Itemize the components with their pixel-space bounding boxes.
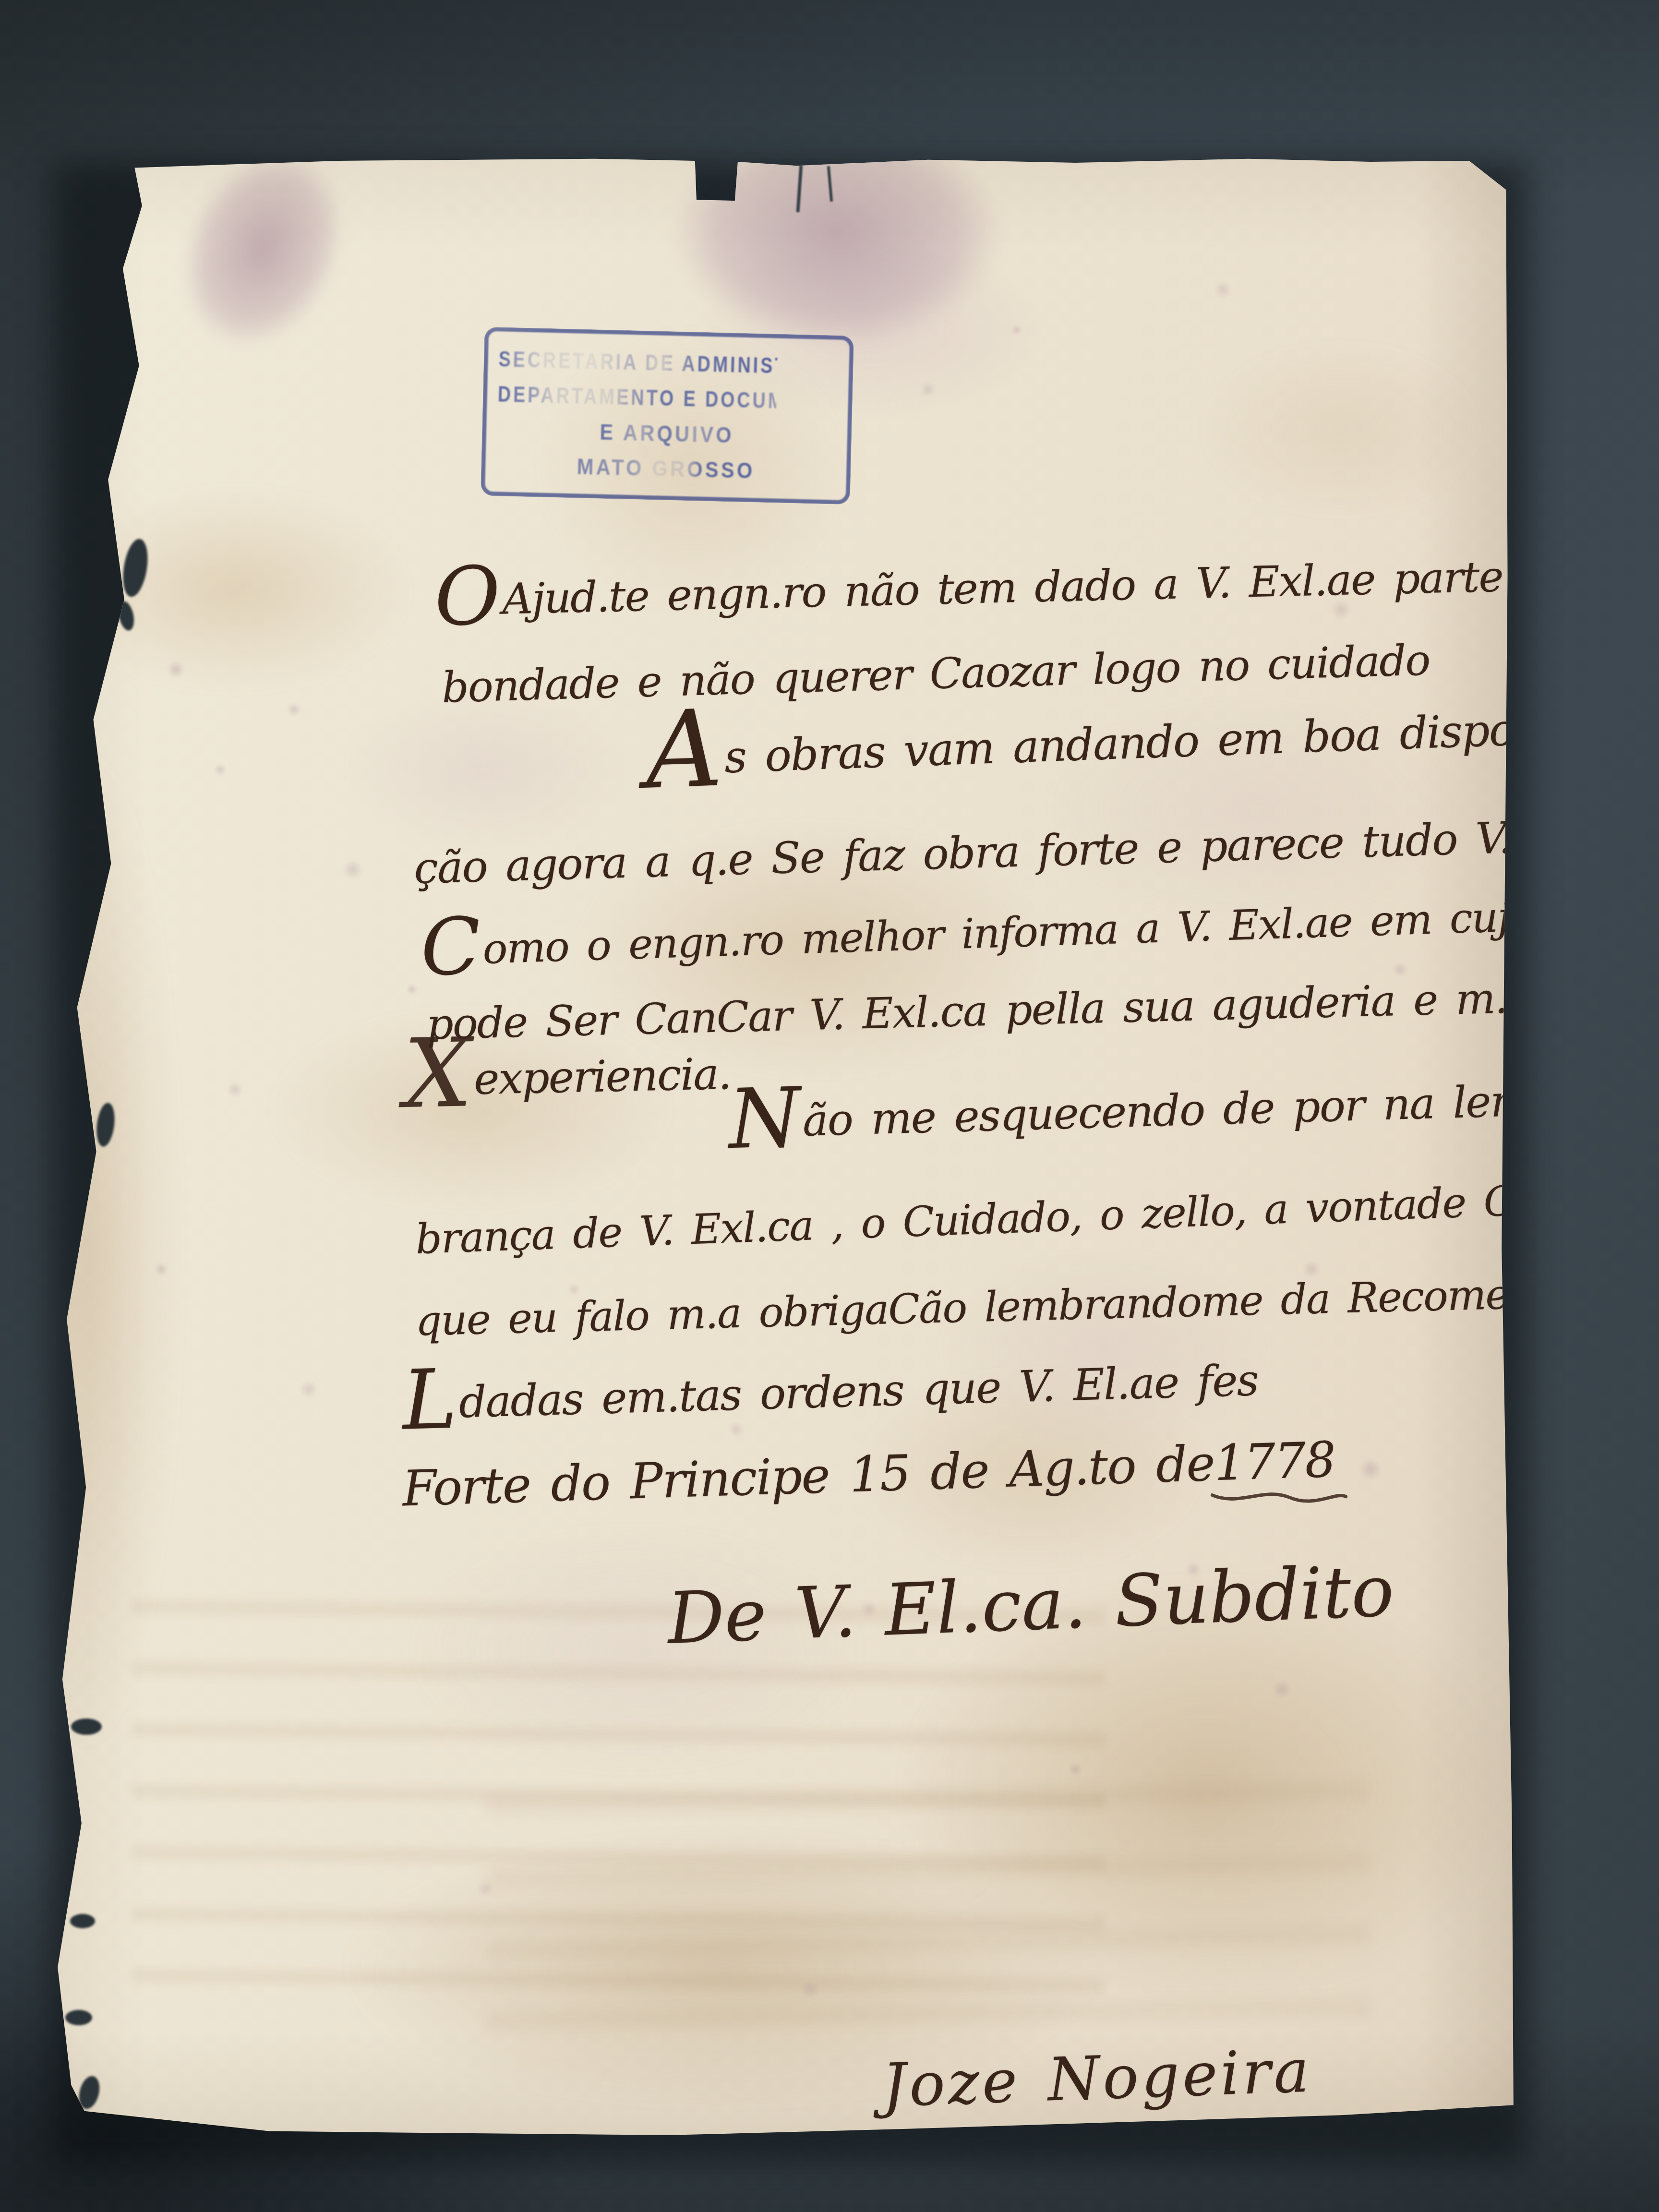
- underline-flourish: [1209, 1483, 1349, 1509]
- valediction: De V. El.ca. Subdito: [666, 1550, 1395, 1660]
- stamp-line-2: DEPARTAMENTO E DOCUMENTAÇÃO: [497, 381, 777, 414]
- flourish-mark: X: [403, 1017, 472, 1130]
- manuscript-line: bondade e não querer Caozar logo no cuid…: [441, 635, 1431, 712]
- photograph-of-manuscript: { "scene": { "description": "Photograph …: [0, 0, 1659, 2212]
- initial-capital: C: [419, 900, 481, 994]
- ink-show-through: [132, 1589, 1105, 2029]
- torn-edge-hole: [65, 2010, 92, 2025]
- stamp-line-3: E ARQUIVO: [600, 419, 734, 448]
- ink-show-through: [486, 1749, 1370, 2069]
- torn-edge-hole: [71, 1719, 102, 1735]
- line-text: experiencia.: [473, 1049, 731, 1105]
- stamp-line-4: MATO GROSSO: [577, 454, 755, 484]
- manuscript-line: Xexperiencia.: [404, 1049, 731, 1106]
- initial-capital: O: [433, 550, 500, 644]
- manuscript-line: pode Ser CanCar V. Exl.ca pella sua agud…: [426, 972, 1548, 1049]
- initial-capital: N: [727, 1070, 801, 1167]
- torn-edge-hole: [120, 537, 151, 599]
- torn-edge-hole: [70, 1914, 95, 1928]
- archive-ink-stamp: SECRETARIA DE ADMINISTRAÇÃO DEPARTAMENTO…: [481, 327, 854, 505]
- manuscript-line: OAjud.te engn.ro não tem dado a V. Exl.a…: [434, 544, 1659, 625]
- manuscript-line: As obras vam andando em boa dispozi: [645, 703, 1551, 786]
- initial-capital: L: [401, 1351, 457, 1448]
- dateline-text: Forte do Principe 15 de Ag.to de: [402, 1435, 1215, 1517]
- signature: Joze Nogeira: [881, 2036, 1313, 2120]
- paper-crack: [827, 166, 833, 202]
- line-text: dadas em.tas ordens que V. El.ae fes: [458, 1355, 1259, 1428]
- manuscript-line: brança de V. Exl.ca , o Cuidado, o zello…: [415, 1175, 1577, 1263]
- manuscript-line: ção agora a q.e Se faz obra forte e pare…: [413, 812, 1553, 894]
- manuscript-line: Ldadas em.tas ordens que V. El.ae fes: [402, 1355, 1259, 1430]
- paper-crack: [796, 164, 803, 212]
- torn-edge-hole: [95, 1102, 117, 1148]
- line-text: omo o engn.ro melhor informa a V. Exl.ae…: [482, 887, 1659, 974]
- line-text: ão me esquecendo de por na lem: [802, 1076, 1531, 1146]
- line-text: brança de V. Exl.ca , o Cuidado, o zello…: [415, 1175, 1577, 1263]
- line-text: ção agora a q.e Se faz obra forte e pare…: [413, 812, 1553, 894]
- manuscript-page: SECRETARIA DE ADMINISTRAÇÃO DEPARTAMENTO…: [43, 150, 1518, 2149]
- line-text: pode Ser CanCar V. Exl.ca pella sua agud…: [426, 972, 1548, 1049]
- line-text: s obras vam andando em boa dispozi: [723, 703, 1551, 783]
- year-text: 1778: [1214, 1431, 1336, 1492]
- stamp-line-1: SECRETARIA DE ADMINISTRAÇÃO: [498, 346, 778, 378]
- manuscript-line: que eu falo m.a obrigaCão lembrandome da…: [415, 1270, 1535, 1346]
- manuscript-line: Não me esquecendo de por na lem: [728, 1076, 1531, 1149]
- initial-capital: A: [643, 687, 723, 813]
- manuscript-line: Como o engn.ro melhor informa a V. Exl.a…: [420, 887, 1659, 975]
- line-text: bondade e não querer Caozar logo no cuid…: [441, 635, 1431, 712]
- line-text: Ajud.te engn.ro não tem dado a V. Exl.ae…: [502, 544, 1659, 624]
- dateline: Forte do Principe 15 de Ag.to de 1778: [402, 1431, 1336, 1518]
- line-text: que eu falo m.a obrigaCão lembrandome da…: [415, 1270, 1535, 1346]
- dateline-year: 1778: [1214, 1431, 1336, 1492]
